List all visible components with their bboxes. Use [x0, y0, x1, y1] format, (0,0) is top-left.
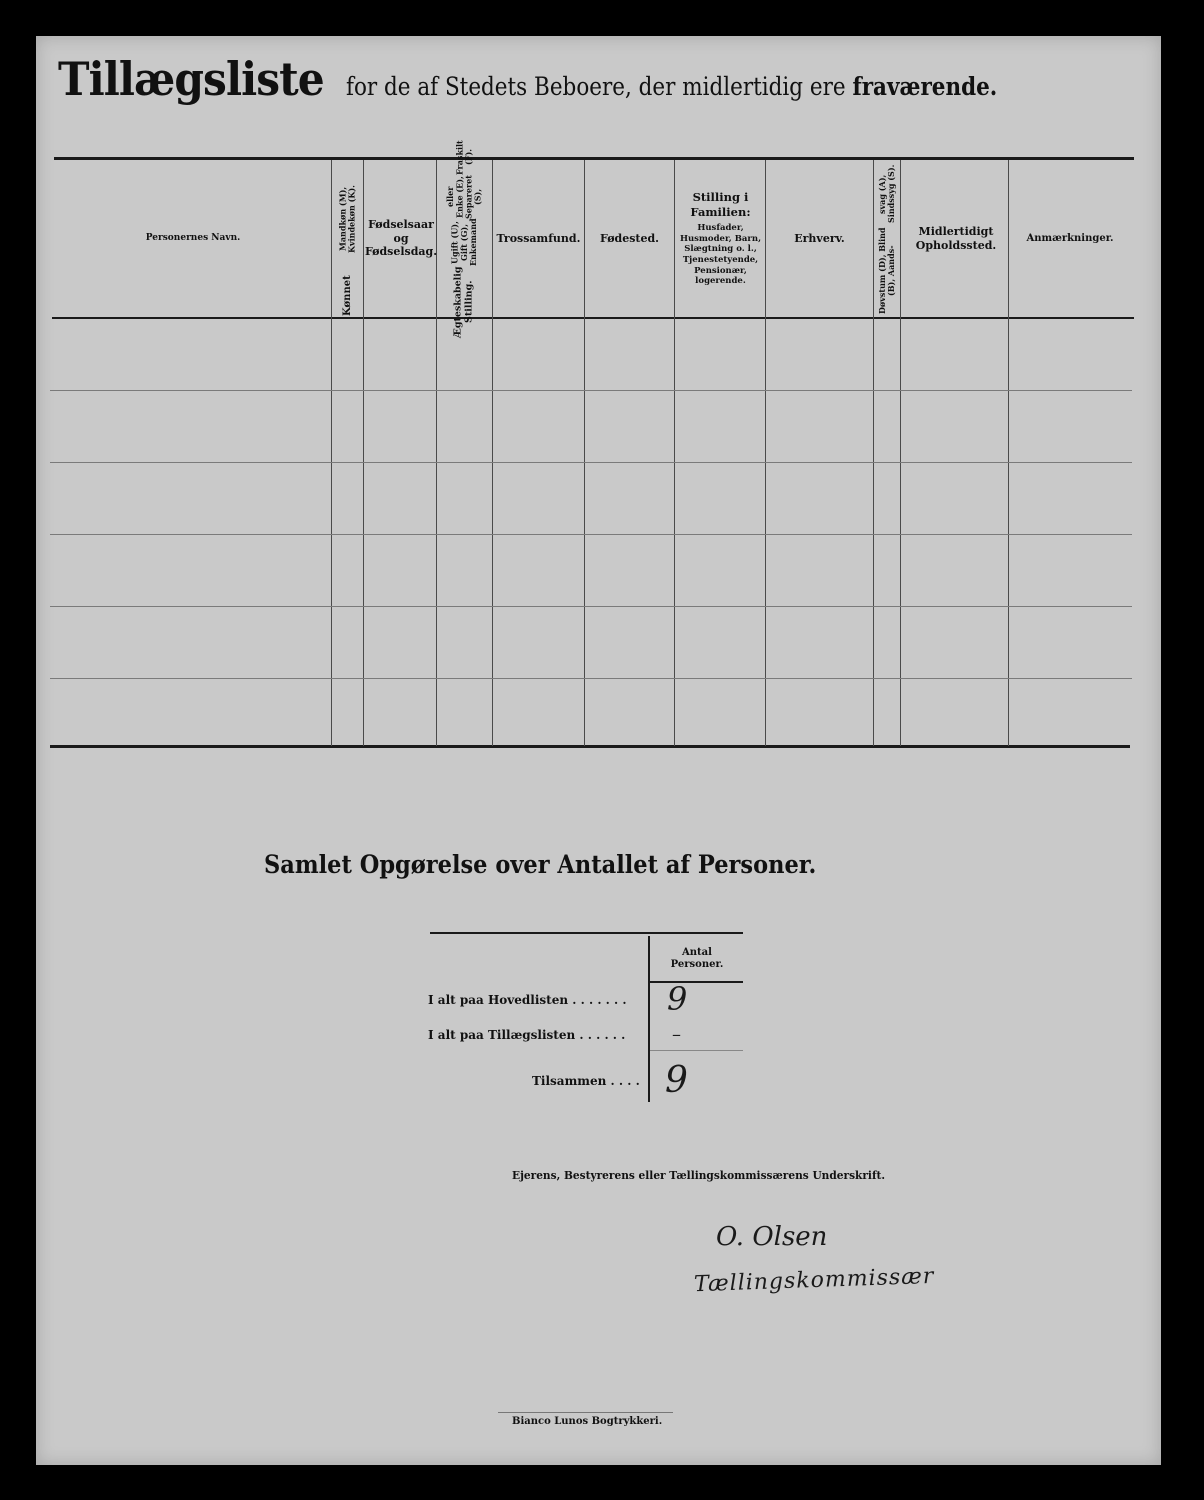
summary-value-supplement-list: – — [672, 1024, 681, 1045]
column-header-marital-line3: eller Enke (E), Separeret (S), — [446, 175, 483, 219]
column-header-marital-line4: Fraskilt (F). — [455, 140, 473, 175]
summary-label-total: Tilsammen . . . . — [532, 1074, 640, 1088]
column-header-sex-line2: Mandkøn (M), Kvindekøn (K). — [338, 162, 356, 275]
column-header-sex: Kønnet Mandkøn (M), Kvindekøn (K). — [332, 162, 363, 316]
printer-rule — [498, 1412, 673, 1413]
summary-column-header: Antal Personer. — [664, 940, 730, 978]
column-divider — [900, 160, 901, 746]
column-header-birth: Fødselsaar og Fødselsdag. — [366, 160, 436, 317]
printer-imprint: Bianco Lunos Bogtrykkeri. — [512, 1416, 662, 1427]
column-header-disability-line1: Døvstum (D), Blind (B), Aands- — [878, 226, 896, 316]
table-row-line — [50, 462, 1132, 463]
summary-value-total: 9 — [665, 1060, 688, 1101]
table-row-line — [50, 534, 1132, 535]
column-header-marital: Ægteskabelig Stilling. Ugift (U), Gift (… — [437, 162, 492, 316]
form-subtitle: for de af Stedets Beboere, der midlertid… — [346, 74, 997, 99]
form-title: Tillægsliste — [58, 56, 324, 102]
column-header-disability-line2: svag (A), Sindssyg (S). — [878, 162, 896, 226]
table-row-line — [50, 678, 1132, 679]
signature-caption: Ejerens, Bestyrerens eller Tællingskommi… — [512, 1168, 885, 1182]
column-divider — [363, 160, 364, 746]
column-header-family-body: Husfader, Husmoder, Barn, Slægtning o. l… — [676, 223, 765, 287]
column-header-disability: Døvstum (D), Blind (B), Aands- svag (A),… — [874, 162, 900, 316]
column-header-family-position: Stilling i Familien: Husfader, Husmoder,… — [676, 160, 765, 317]
column-header-marital-line2: Ugift (U), Gift (G), Enkemand — [451, 219, 479, 267]
summary-top-rule — [430, 932, 743, 934]
column-header-marital-line1: Ægteskabelig Stilling. — [454, 266, 476, 338]
column-header-religion: Trossamfund. — [493, 160, 584, 317]
summary-value-main-list: 9 — [667, 980, 687, 1018]
table-row-line — [50, 390, 1132, 391]
column-header-birthplace: Fødested. — [585, 160, 674, 317]
table-header-rule — [52, 317, 1134, 319]
column-header-names: Personernes Navn. — [56, 160, 330, 317]
summary-label-supplement-list: I alt paa Tillægslisten . . . . . . — [428, 1028, 625, 1042]
column-header-family-head: Stilling i Familien: — [676, 190, 765, 219]
form-subtitle-bold: fraværende. — [852, 72, 997, 101]
column-header-sex-line1: Kønnet — [342, 275, 354, 316]
summary-title: Samlet Opgørelse over Antallet af Person… — [264, 850, 816, 879]
column-header-temp-residence: Midlertidigt Opholdssted. — [910, 160, 1002, 317]
signature-name: O. Olsen — [716, 1222, 827, 1252]
summary-vertical-rule — [648, 936, 650, 1102]
form-subtitle-text: for de af Stedets Beboere, der midlertid… — [346, 72, 846, 101]
table-bottom-rule — [50, 745, 1130, 748]
column-divider — [674, 160, 675, 746]
summary-label-main-list: I alt paa Hovedlisten . . . . . . . — [428, 993, 627, 1007]
column-header-occupation: Erhverv. — [766, 160, 873, 317]
column-header-remarks: Anmærkninger. — [1009, 160, 1131, 317]
table-row-line — [50, 606, 1132, 607]
summary-subtotal-rule — [650, 1050, 743, 1051]
summary-header-rule — [650, 981, 743, 983]
